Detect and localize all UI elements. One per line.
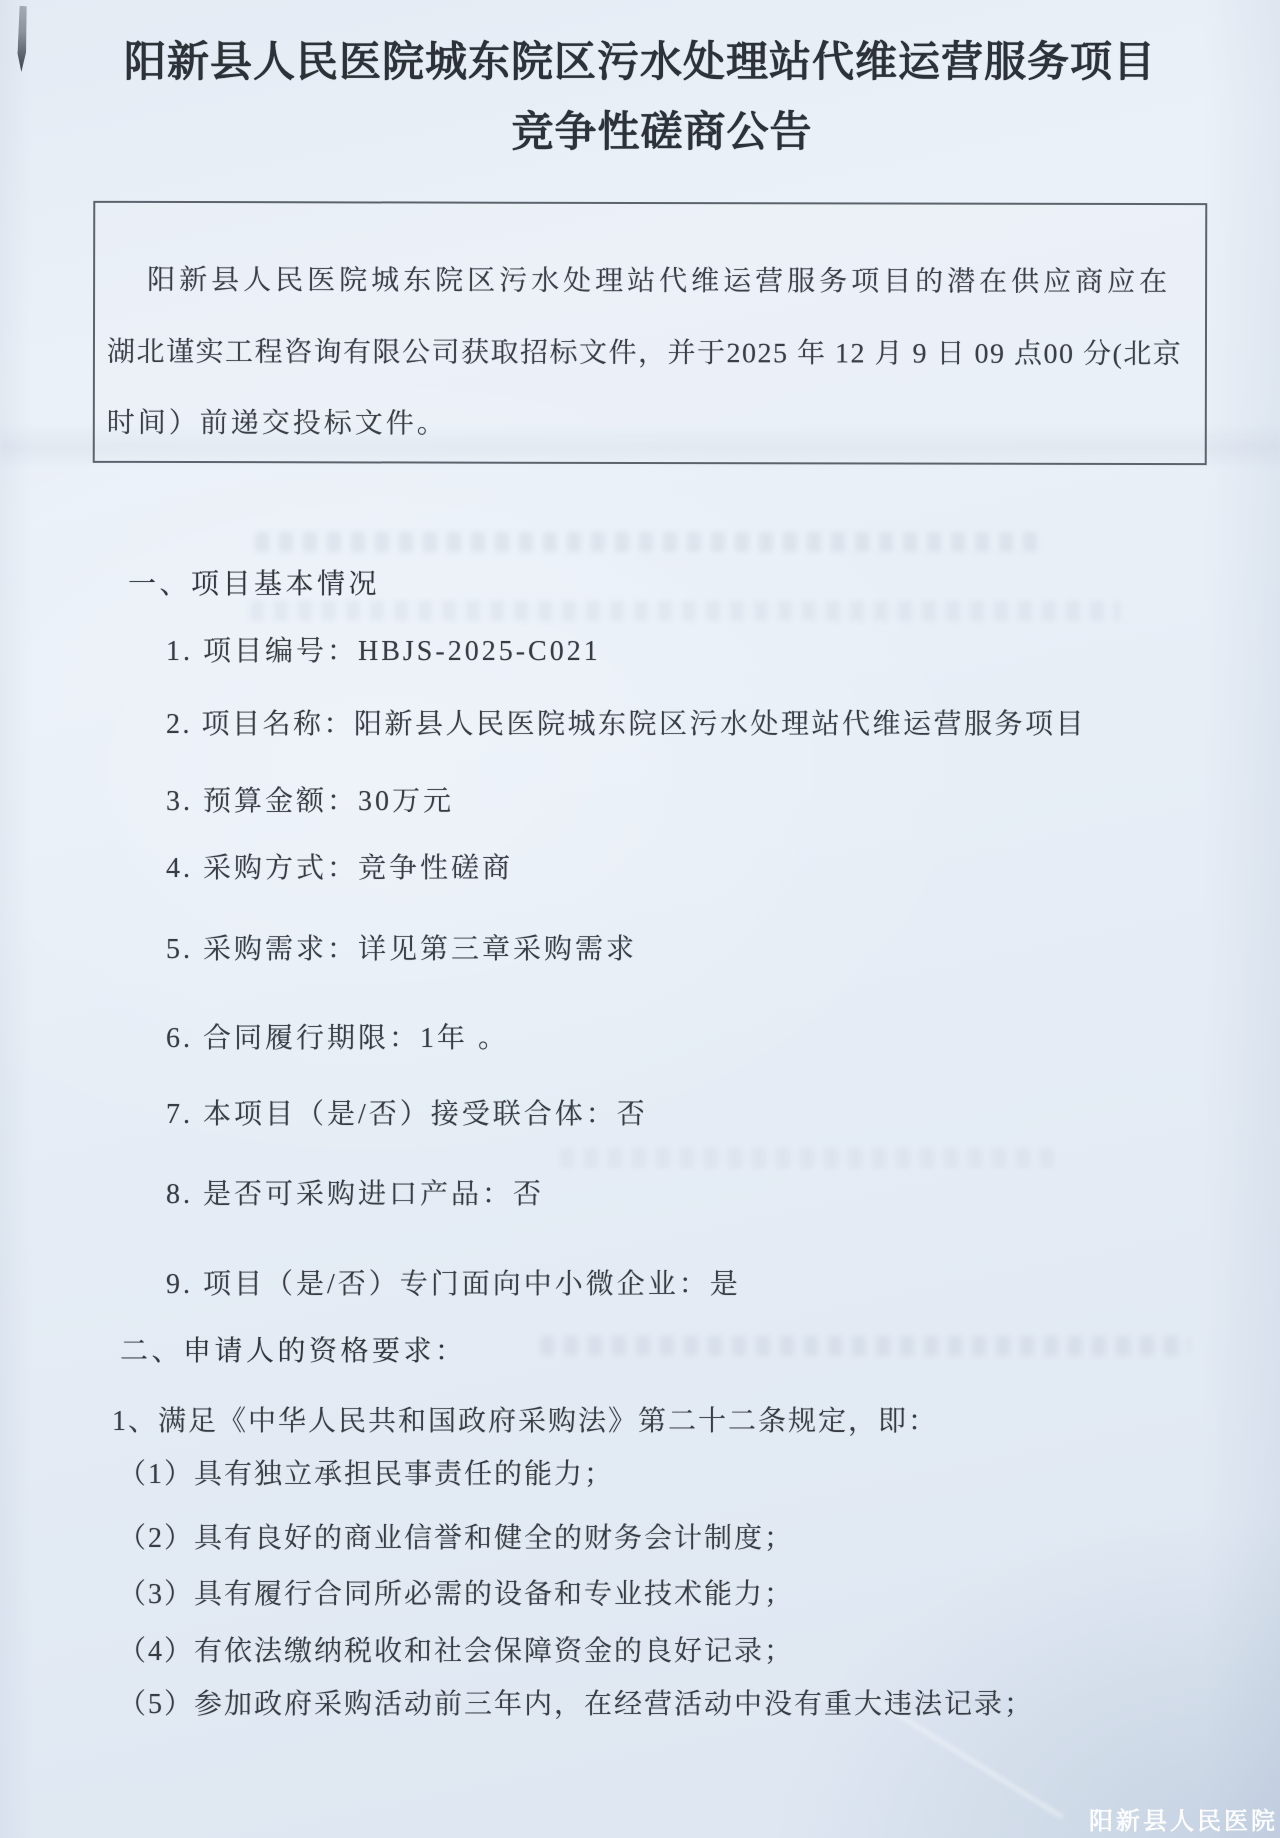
bleed-through-artifact — [560, 1148, 1060, 1168]
section1-item-consortium: 7. 本项目（是/否）接受联合体：否 — [166, 1101, 648, 1129]
notice-box-line-1: 阳新县人民医院城东院区污水处理站代维运营服务项目的潜在供应商应在 — [147, 263, 1171, 302]
notice-box: 阳新县人民医院城东院区污水处理站代维运营服务项目的潜在供应商应在 湖北谨实工程咨… — [93, 201, 1208, 465]
document-title: 阳新县人民医院城东院区污水处理站代维运营服务项目 竞争性磋商公告 — [0, 42, 1280, 154]
document-title-line2: 竞争性磋商公告 — [22, 112, 1280, 154]
bleed-through-artifact — [540, 1336, 1190, 1356]
section2-point-4: （4）有依法缴纳税收和社会保障资金的良好记录； — [118, 1638, 794, 1666]
section1-item-sme-oriented: 9. 项目（是/否）专门面向中小微企业：是 — [166, 1271, 741, 1299]
bleed-through-artifact — [255, 532, 1045, 552]
section2-heading: 二、申请人的资格要求： — [120, 1338, 467, 1366]
notice-box-line-2: 湖北谨实工程咨询有限公司获取招标文件，并于2025 年 12 月 9 日 09 … — [107, 335, 1182, 374]
section2-rule-law: 1、满足《中华人民共和国政府采购法》第二十二条规定，即： — [112, 1408, 938, 1436]
notice-box-line-3: 时间）前递交投标文件。 — [107, 406, 448, 443]
bleed-through-artifact — [250, 601, 1120, 621]
section2-point-5: （5）参加政府采购活动前三年内，在经营活动中没有重大违法记录； — [118, 1691, 1034, 1719]
section1-item-procurement-demand: 5. 采购需求：详见第三章采购需求 — [166, 936, 637, 964]
section1-heading: 一、项目基本情况 — [128, 571, 380, 599]
scanned-document-page: 阳新县人民医院城东院区污水处理站代维运营服务项目 竞争性磋商公告 阳新县人民医院… — [0, 0, 1280, 1838]
section2-point-3: （3）具有履行合同所必需的设备和专业技术能力； — [118, 1581, 794, 1609]
section1-item-procurement-method: 4. 采购方式：竞争性磋商 — [166, 855, 513, 883]
document-title-line1: 阳新县人民医院城东院区污水处理站代维运营服务项目 — [0, 42, 1280, 84]
section1-item-budget: 3. 预算金额：30万元 — [166, 788, 454, 816]
section1-item-project-number: 1. 项目编号：HBJS-2025-C021 — [166, 638, 601, 666]
hospital-watermark: 阳新县人民医院 — [1089, 1801, 1278, 1836]
section1-item-imported-products: 8. 是否可采购进口产品：否 — [166, 1181, 544, 1209]
section2-point-2: （2）具有良好的商业信誉和健全的财务会计制度； — [118, 1525, 794, 1553]
section1-item-project-name: 2. 项目名称：阳新县人民医院城东院区污水处理站代维运营服务项目 — [166, 711, 1086, 739]
section2-point-1: （1）具有独立承担民事责任的能力； — [118, 1461, 614, 1489]
section1-item-contract-term: 6. 合同履行期限：1年 。 — [166, 1025, 509, 1053]
